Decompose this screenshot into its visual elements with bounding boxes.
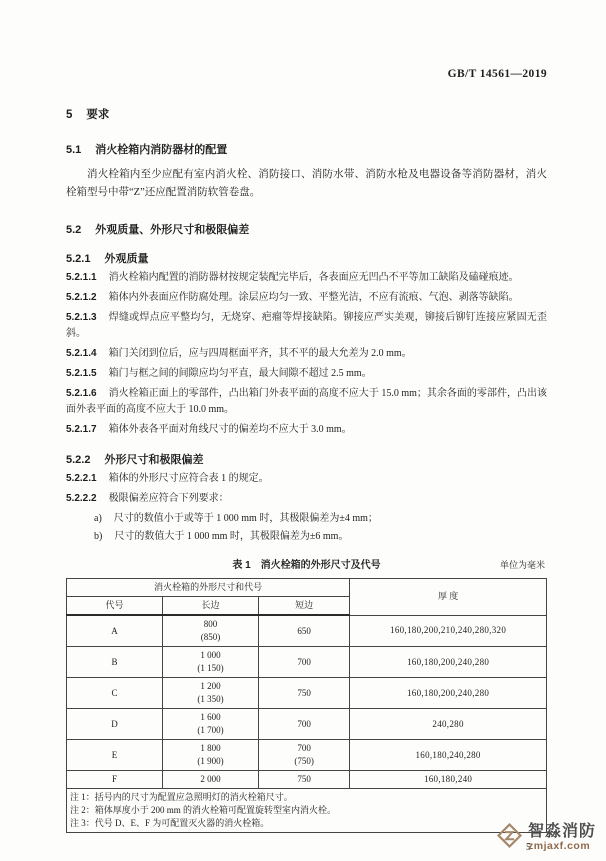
long-main: 1 600: [166, 711, 255, 724]
short-main: 650: [262, 625, 346, 638]
section-heading-5-2: 5.2外观质量、外形尺寸和极限偏差: [66, 221, 547, 237]
list-item-b: b)尺寸的数值大于 1 000 mm 时，其极限偏差为±6 mm。: [94, 529, 547, 545]
clause-5-2-1-2: 5.2.1.2箱体内外表面应作防腐处理。涂层应均匀一致、平整光洁，不应有流痕、气…: [66, 290, 547, 306]
short-main: 700: [262, 718, 346, 731]
requirement-list: a)尺寸的数值小于或等于 1 000 mm 时，其极限偏差为±4 mm； b)尺…: [66, 511, 547, 545]
clause-number: 5.2.1.7: [66, 424, 97, 435]
clause-list-5-2-2: 5.2.2.1箱体的外形尺寸应符合表 1 的规定。 5.2.2.2极限偏差应符合…: [66, 471, 547, 507]
brand-text-block: 智淼消防 zmjaxf.com: [528, 824, 596, 852]
section-number: 5.2: [66, 224, 81, 236]
cell-short: 700: [259, 647, 350, 678]
cell-thickness: 160,180,200,210,240,280,320: [350, 615, 547, 647]
long-paren: (1 150): [166, 662, 255, 675]
cell-thickness: 240,280: [350, 709, 547, 740]
cell-thickness: 160,180,200,240,280: [350, 647, 547, 678]
table-caption: 表 1 消火栓箱的外形尺寸及代号: [232, 560, 380, 571]
cell-code: F: [67, 771, 163, 789]
clause-5-2-1-6: 5.2.1.6消火栓箱正面上的零部件，凸出箱门外表平面的高度不应大于 15.0 …: [66, 386, 547, 418]
cell-long: 1 800(1 900): [163, 740, 259, 771]
clause-5-2-2-2: 5.2.2.2极限偏差应符合下列要求：: [66, 491, 547, 507]
table-row: D 1 600(1 700) 700 240,280: [67, 709, 547, 740]
clause-text: 箱体外表各平面对角线尺寸的偏差均不应大于 3.0 mm。: [109, 424, 352, 435]
short-main: 750: [262, 687, 346, 700]
short-main: 750: [262, 773, 346, 786]
clause-5-2-1-4: 5.2.1.4箱门关闭到位后，应与四周框面平齐，其不平的最大允差为 2.0 mm…: [66, 346, 547, 362]
list-marker: a): [94, 513, 102, 524]
cell-code: A: [67, 615, 163, 647]
clause-number: 5.2.1.3: [66, 312, 97, 323]
clause-list-5-2-1: 5.2.1.1消火栓箱内配置的消防器材按规定装配完毕后，各表面应无凹凸不平等加工…: [66, 270, 547, 438]
table-row: C 1 200(1 350) 750 160,180,200,240,280: [67, 678, 547, 709]
header-cell-code: 代号: [67, 597, 163, 616]
clause-number: 5.2.1.1: [66, 272, 97, 283]
clause-text: 箱门关闭到位后，应与四周框面平齐，其不平的最大允差为 2.0 mm。: [109, 348, 412, 359]
page-number: 5: [66, 842, 547, 853]
clause-number: 5.2.1.2: [66, 292, 97, 303]
section-heading-5-2-1: 5.2.1外观质量: [66, 250, 547, 266]
long-paren: (1 700): [166, 724, 255, 737]
long-main: 2 000: [166, 773, 255, 786]
clause-text: 极限偏差应符合下列要求：: [109, 493, 229, 504]
clause-5-2-2-1: 5.2.2.1箱体的外形尺寸应符合表 1 的规定。: [66, 471, 547, 487]
section-title: 外形尺寸和极限偏差: [104, 454, 203, 466]
list-text: 尺寸的数值小于或等于 1 000 mm 时，其极限偏差为±4 mm；: [114, 513, 378, 524]
short-paren: (750): [262, 755, 346, 768]
cell-thickness: 160,180,200,240,280: [350, 678, 547, 709]
table-caption-row: 表 1 消火栓箱的外形尺寸及代号 单位为毫米: [66, 556, 547, 572]
header-cell-short: 短边: [259, 597, 350, 616]
short-main: 700: [262, 742, 346, 755]
section-heading-5: 5要求: [66, 106, 547, 122]
clause-number: 5.2.2.2: [66, 493, 97, 504]
list-text: 尺寸的数值大于 1 000 mm 时，其极限偏差为±6 mm。: [114, 531, 348, 542]
table-header-row-1: 消火栓箱的外形尺寸和代号 厚 度: [67, 579, 547, 597]
list-item-a: a)尺寸的数值小于或等于 1 000 mm 时，其极限偏差为±4 mm；: [94, 511, 547, 527]
clause-number: 5.2.2.1: [66, 473, 97, 484]
long-paren: (1 900): [166, 755, 255, 768]
cell-thickness: 160,180,240: [350, 771, 547, 789]
long-main: 1 800: [166, 742, 255, 755]
short-main: 700: [262, 656, 346, 669]
table-row: F 2 000 750 160,180,240: [67, 771, 547, 789]
cell-short: 700(750): [259, 740, 350, 771]
cell-long: 1 200(1 350): [163, 678, 259, 709]
dimension-table: 消火栓箱的外形尺寸和代号 厚 度 代号 长边 短边 A 800(850) 650…: [66, 578, 547, 833]
long-main: 800: [166, 618, 255, 631]
document-page: GB/T 14561—2019 5要求 5.1消火栓箱内消防器材的配置 消火栓箱…: [0, 0, 606, 853]
note-line: 注 3：代号 D、E、F 为可配置灭火器的消火栓箱。: [70, 817, 543, 830]
clause-5-2-1-5: 5.2.1.5箱门与框之间的间隙应均匀平直，最大间隙不超过 2.5 mm。: [66, 366, 547, 382]
clause-text: 消火栓箱内配置的消防器材按规定装配完毕后，各表面应无凹凸不平等加工缺陷及磕碰痕迹…: [109, 272, 519, 283]
standard-code: GB/T 14561—2019: [66, 68, 547, 80]
list-marker: b): [94, 531, 102, 542]
section-number: 5.2.1: [66, 253, 90, 265]
clause-text: 消火栓箱正面上的零部件，凸出箱门外表平面的高度不应大于 15.0 mm；其余各面…: [66, 388, 547, 415]
cell-long: 1 600(1 700): [163, 709, 259, 740]
table-notes: 注 1：括号内的尺寸为配置应急照明灯的消火栓箱尺寸。 注 2：箱体厚度小于 20…: [67, 789, 547, 833]
section-heading-5-2-2: 5.2.2外形尺寸和极限偏差: [66, 451, 547, 467]
note-line: 注 2：箱体厚度小于 200 mm 的消火栓箱可配置旋转型室内消火栓。: [70, 804, 543, 817]
unit-label: 单位为毫米: [500, 558, 545, 571]
brand-logo: 智淼消防 zmjaxf.com: [496, 822, 596, 854]
table-row: E 1 800(1 900) 700(750) 160,180,240,280: [67, 740, 547, 771]
section-number: 5: [66, 109, 72, 121]
section-number: 5.1: [66, 144, 81, 156]
cell-thickness: 160,180,240,280: [350, 740, 547, 771]
brand-name: 智淼消防: [528, 824, 596, 841]
table-notes-row: 注 1：括号内的尺寸为配置应急照明灯的消火栓箱尺寸。 注 2：箱体厚度小于 20…: [67, 789, 547, 833]
cell-short: 750: [259, 678, 350, 709]
brand-diamond-icon: [496, 822, 523, 854]
clause-5-2-1-1: 5.2.1.1消火栓箱内配置的消防器材按规定装配完毕后，各表面应无凹凸不平等加工…: [66, 270, 547, 286]
section-title: 消火栓箱内消防器材的配置: [95, 144, 227, 156]
clause-number: 5.2.1.6: [66, 388, 97, 399]
clause-text: 箱体内外表面应作防腐处理。涂层应均匀一致、平整光洁，不应有流痕、气泡、剥落等缺陷…: [109, 292, 519, 303]
clause-5-2-1-3: 5.2.1.3焊缝或焊点应平整均匀，无烧穿、疤瘤等焊接缺陷。铆接应严实美观，铆接…: [66, 310, 547, 342]
table-row: A 800(850) 650 160,180,200,210,240,280,3…: [67, 615, 547, 647]
cell-short: 750: [259, 771, 350, 789]
long-main: 1 200: [166, 680, 255, 693]
cell-short: 650: [259, 615, 350, 647]
clause-text: 箱体的外形尺寸应符合表 1 的规定。: [109, 473, 269, 484]
cell-code: D: [67, 709, 163, 740]
clause-number: 5.2.1.4: [66, 348, 97, 359]
section-title: 外观质量: [104, 253, 148, 265]
brand-site: zmjaxf.com: [528, 841, 596, 852]
note-line: 注 1：括号内的尺寸为配置应急照明灯的消火栓箱尺寸。: [70, 791, 543, 804]
cell-long: 1 000(1 150): [163, 647, 259, 678]
header-cell-long: 长边: [163, 597, 259, 616]
section-title: 外观质量、外形尺寸和极限偏差: [95, 224, 249, 236]
paragraph-5-1-body: 消火栓箱内至少应配有室内消火栓、消防接口、消防水带、消防水枪及电器设备等消防器材…: [66, 166, 547, 202]
section-heading-5-1: 5.1消火栓箱内消防器材的配置: [66, 141, 547, 157]
cell-code: E: [67, 740, 163, 771]
header-cell-thickness: 厚 度: [350, 579, 547, 616]
clause-number: 5.2.1.5: [66, 368, 97, 379]
clause-text: 箱门与框之间的间隙应均匀平直，最大间隙不超过 2.5 mm。: [109, 368, 372, 379]
long-paren: (850): [166, 631, 255, 644]
section-number: 5.2.2: [66, 454, 90, 466]
header-cell-group: 消火栓箱的外形尺寸和代号: [67, 579, 350, 597]
clause-5-2-1-7: 5.2.1.7箱体外表各平面对角线尺寸的偏差均不应大于 3.0 mm。: [66, 422, 547, 438]
clause-text: 焊缝或焊点应平整均匀，无烧穿、疤瘤等焊接缺陷。铆接应严实美观，铆接后铆钉连接应紧…: [66, 312, 547, 339]
long-main: 1 000: [166, 649, 255, 662]
cell-long: 800(850): [163, 615, 259, 647]
cell-code: C: [67, 678, 163, 709]
long-paren: (1 350): [166, 693, 255, 706]
cell-code: B: [67, 647, 163, 678]
cell-short: 700: [259, 709, 350, 740]
table-row: B 1 000(1 150) 700 160,180,200,240,280: [67, 647, 547, 678]
section-title: 要求: [86, 109, 109, 121]
cell-long: 2 000: [163, 771, 259, 789]
